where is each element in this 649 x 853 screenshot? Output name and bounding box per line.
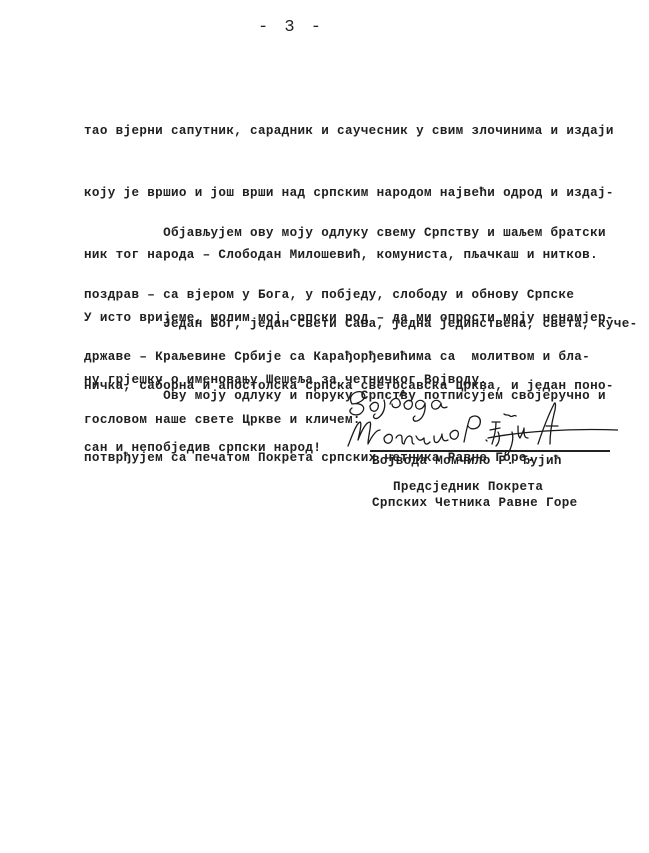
- signature-rule: [370, 450, 610, 452]
- page-number: - 3 -: [258, 18, 324, 37]
- document-page: - 3 - тао вјерни сапутник, сарадник и са…: [0, 0, 649, 853]
- signatory-name: Војвода Момчило Р. Ђујић: [372, 453, 562, 469]
- text-line: Један Бог, један Свети Сава, једна једин…: [84, 314, 604, 335]
- signatory-title-line1: Предсједник Покрета: [393, 479, 543, 495]
- text-line: Објављујем ову моју одлуку свему Српству…: [84, 223, 604, 244]
- signatory-title-line2: Српских Четника Равне Горе: [372, 495, 578, 511]
- text-line: тао вјерни сапутник, сарадник и саучесни…: [84, 121, 604, 142]
